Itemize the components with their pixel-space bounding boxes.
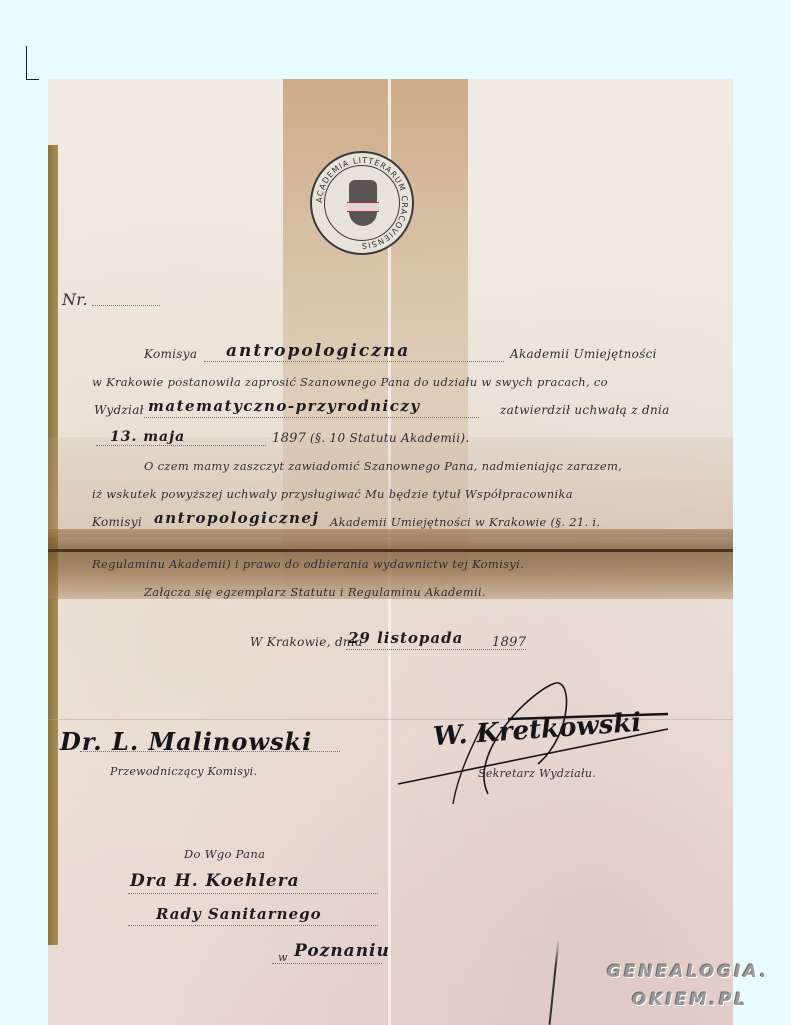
nr-field-line xyxy=(92,305,160,306)
body-line3-prefix: Wydział xyxy=(94,403,144,417)
chairman-signature-line xyxy=(80,751,340,752)
body-line7-prefix: Komisyi xyxy=(92,515,142,529)
resolution-day-line xyxy=(96,445,266,446)
recipient-position-hand: Rady Sanitarnego xyxy=(156,905,322,923)
watermark-line2: OKIEM.PL xyxy=(632,990,748,1010)
recipient-city-hand: Poznaniu xyxy=(294,941,390,961)
body-line9: Załącza się egzemplarz Statutu i Regulam… xyxy=(144,585,486,599)
body-line4-suffix: (§. 10 Statutu Akademii). xyxy=(310,431,469,445)
date-prefix: W Krakowie, dnia xyxy=(250,635,363,649)
body-line1-prefix: Komisya xyxy=(144,347,197,361)
body-line3-suffix: zatwierdził uchwałą z dnia xyxy=(500,403,670,417)
recipient-name-hand: Dra H. Koehlera xyxy=(130,871,300,891)
date-year-hand: 1897 xyxy=(492,635,526,650)
crop-mark xyxy=(26,46,39,80)
academy-seal-icon: ACADEMIA LITTERARUM CRACOVIENSIS xyxy=(310,151,414,255)
paper-crack xyxy=(549,939,560,1025)
faculty-name-line xyxy=(144,417,479,418)
date-day-hand: 29 listopada xyxy=(348,629,463,647)
watermark-line1: GENEALOGIA. xyxy=(607,962,769,982)
secretary-title: Sekretarz Wydziału. xyxy=(478,767,596,780)
coat-of-arms-stripe xyxy=(347,202,379,212)
recipient-city-line xyxy=(272,963,382,964)
chairman-title: Przewodniczący Komisyi. xyxy=(110,765,257,778)
commission-name-line xyxy=(204,361,504,362)
recipient-name-line xyxy=(128,893,378,894)
resolution-year-hand: 1897 xyxy=(272,431,306,446)
body-line6: iż wskutek powyższej uchwały przysługiwa… xyxy=(92,487,573,501)
body-line2: w Krakowie postanowiła zaprosić Szanowne… xyxy=(92,375,608,389)
body-line8: Regulaminu Akademii) i prawo do odbieran… xyxy=(92,557,524,571)
faculty-name-hand: matematyczno-przyrodniczy xyxy=(148,397,421,415)
secretary-signature-flourish xyxy=(378,674,678,814)
address-salutation: Do Wgo Pana xyxy=(184,847,265,861)
horizontal-crease xyxy=(48,549,733,552)
document-paper: ACADEMIA LITTERARUM CRACOVIENSIS Nr. Kom… xyxy=(48,79,733,1025)
body-line1-suffix: Akademii Umiejętności xyxy=(510,347,657,361)
commission-name-hand: antropologiczna xyxy=(226,341,410,361)
nr-label: Nr. xyxy=(62,290,88,309)
body-line5: O czem mamy zaszczyt zawiadomić Szanowne… xyxy=(144,459,622,473)
resolution-day-hand: 13. maja xyxy=(110,429,185,445)
recipient-position-line xyxy=(128,925,378,926)
seal-inner-ring xyxy=(324,165,400,241)
body-line7-suffix: Akademii Umiejętności w Krakowie (§. 21.… xyxy=(330,515,600,529)
commission-genitive-hand: antropologicznej xyxy=(154,509,319,527)
